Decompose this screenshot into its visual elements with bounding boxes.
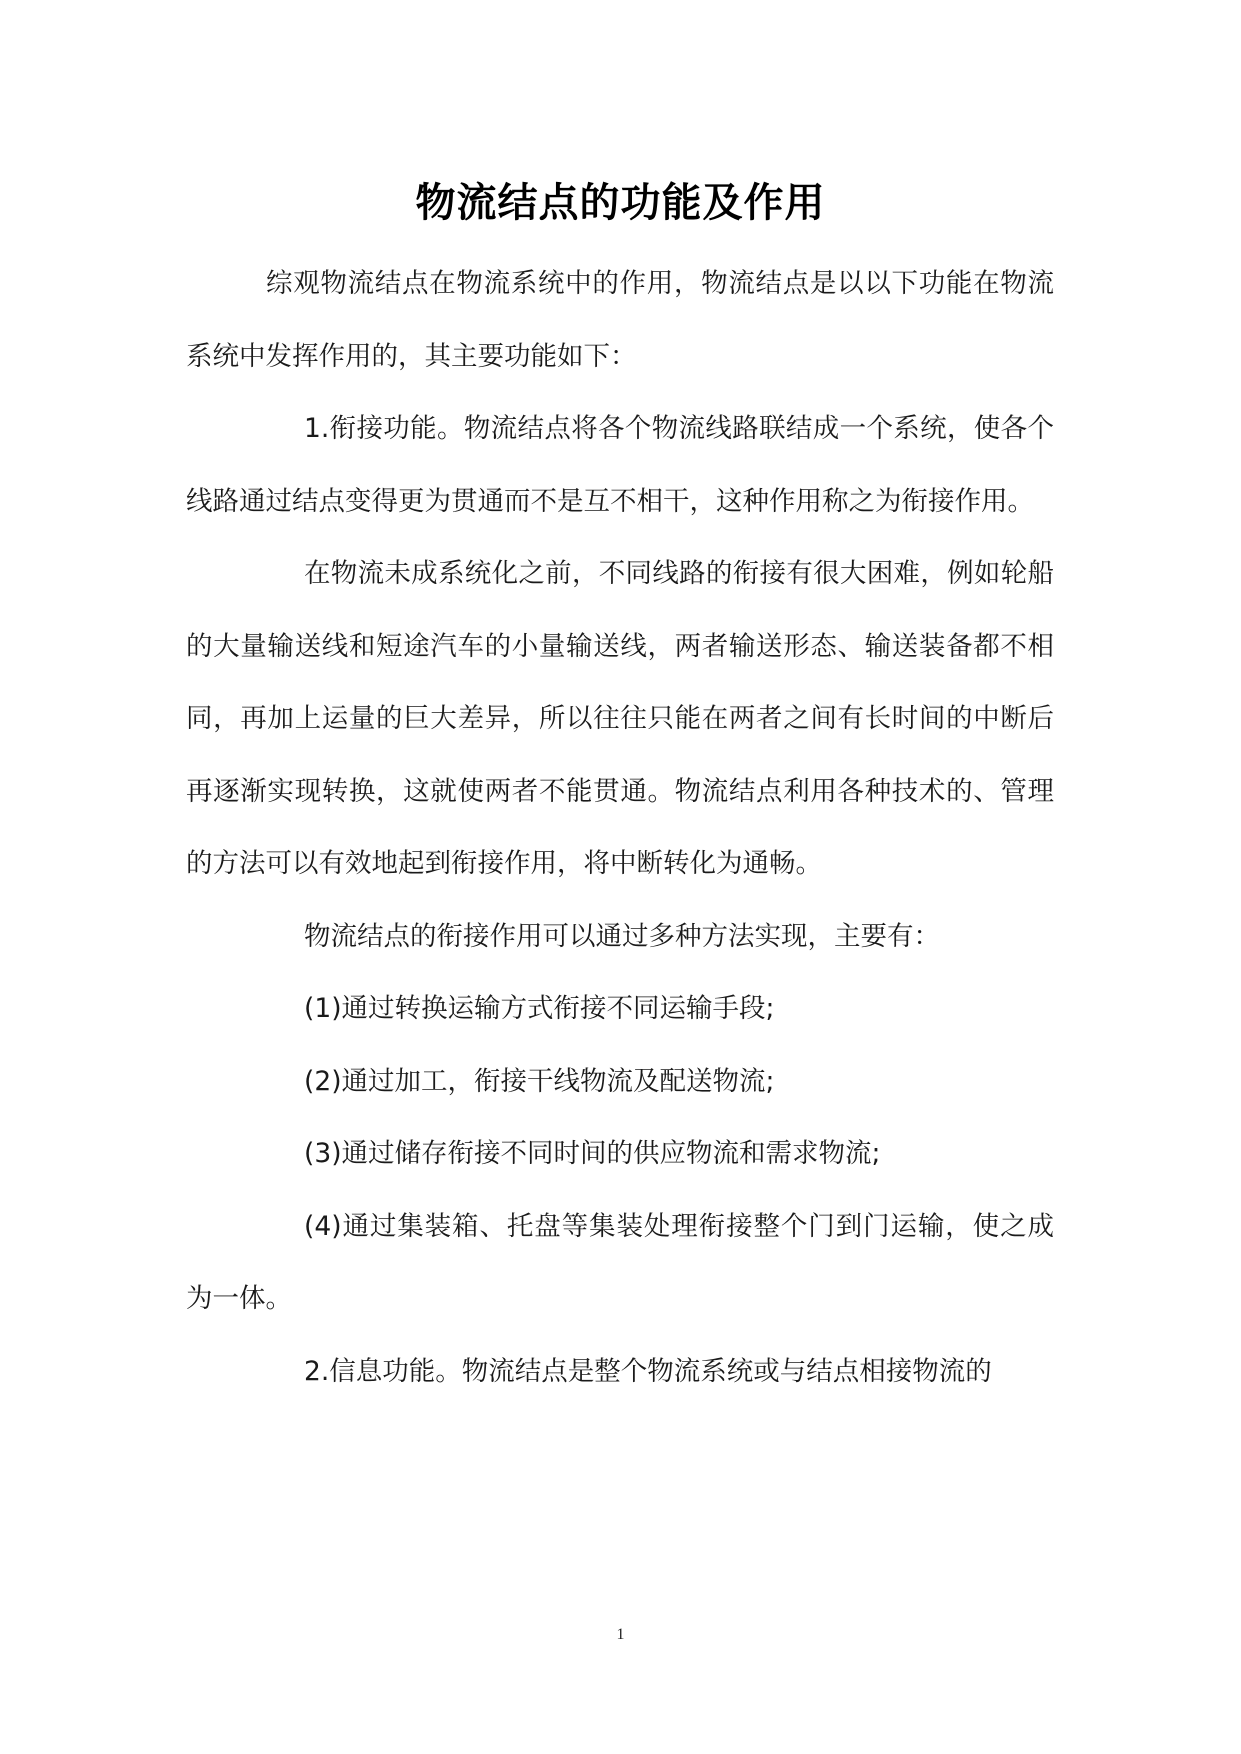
list-item-method-1: (1)通过转换运输方式衔接不同运输手段; [186, 973, 1054, 1046]
paragraph-linking-function: 1.衔接功能。物流结点将各个物流线路联结成一个系统，使各个线路通过结点变得更为贯… [186, 393, 1054, 538]
paragraph-linking-methods: 物流结点的衔接作用可以通过多种方法实现，主要有： [186, 901, 1054, 974]
page-number: 1 [0, 1626, 1241, 1644]
document-body: 综观物流结点在物流系统中的作用，物流结点是以以下功能在物流系统中发挥作用的，其主… [186, 248, 1054, 1408]
document-title: 物流结点的功能及作用 [0, 175, 1241, 231]
paragraph-intro: 综观物流结点在物流系统中的作用，物流结点是以以下功能在物流系统中发挥作用的，其主… [186, 248, 1054, 393]
list-item-method-4: (4)通过集装箱、托盘等集装处理衔接整个门到门运输，使之成为一体。 [186, 1191, 1054, 1336]
list-item-method-2: (2)通过加工，衔接干线物流及配送物流; [186, 1046, 1054, 1119]
document-page: 物流结点的功能及作用 综观物流结点在物流系统中的作用，物流结点是以以下功能在物流… [0, 0, 1241, 1754]
list-item-method-3: (3)通过储存衔接不同时间的供应物流和需求物流; [186, 1118, 1054, 1191]
paragraph-information-function: 2.信息功能。物流结点是整个物流系统或与结点相接物流的 [186, 1336, 1054, 1409]
paragraph-before-systematization: 在物流未成系统化之前，不同线路的衔接有很大困难，例如轮船的大量输送线和短途汽车的… [186, 538, 1054, 901]
